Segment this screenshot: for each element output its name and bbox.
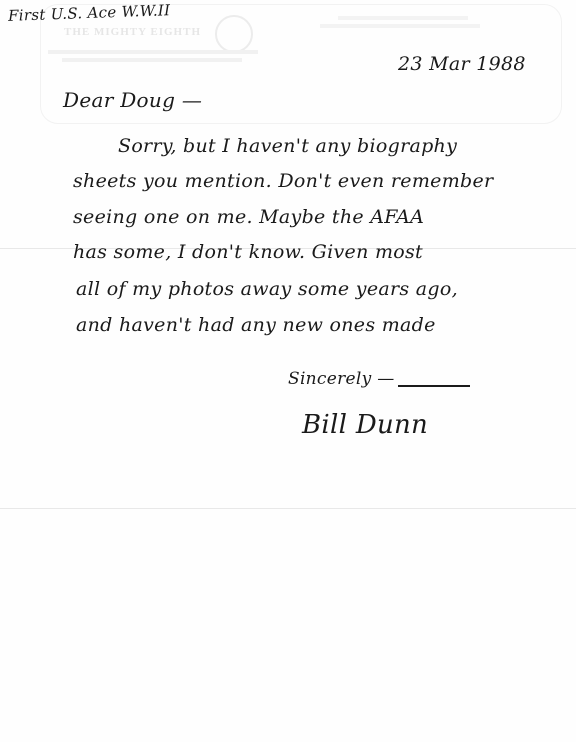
letter-page: THE MIGHTY EIGHTH First U.S. Ace W.W.II … xyxy=(0,0,576,742)
body-line: Sorry, but I haven't any biography xyxy=(118,135,457,157)
closing-flourish xyxy=(398,385,470,387)
body-line: seeing one on me. Maybe the AFAA xyxy=(73,206,424,228)
signature: Bill Dunn xyxy=(302,410,428,440)
closing: Sincerely — xyxy=(288,369,395,389)
letterhead-address-line xyxy=(48,50,258,54)
salutation: Dear Doug — xyxy=(63,88,202,112)
letterhead-right-line xyxy=(338,16,468,20)
letterhead-address-line xyxy=(62,58,242,62)
body-line: all of my photos away some years ago, xyxy=(76,278,458,300)
body-line: sheets you mention. Don't even remember xyxy=(73,170,493,192)
letter-date: 23 Mar 1988 xyxy=(398,53,526,75)
letterhead-seal-icon xyxy=(215,15,253,53)
body-line: and haven't had any new ones made xyxy=(76,314,436,336)
body-line: has some, I don't know. Given most xyxy=(73,241,423,263)
letterhead-right-line xyxy=(320,24,480,28)
paper-fold-line xyxy=(0,508,576,509)
letterhead-org-name: THE MIGHTY EIGHTH xyxy=(64,26,201,38)
